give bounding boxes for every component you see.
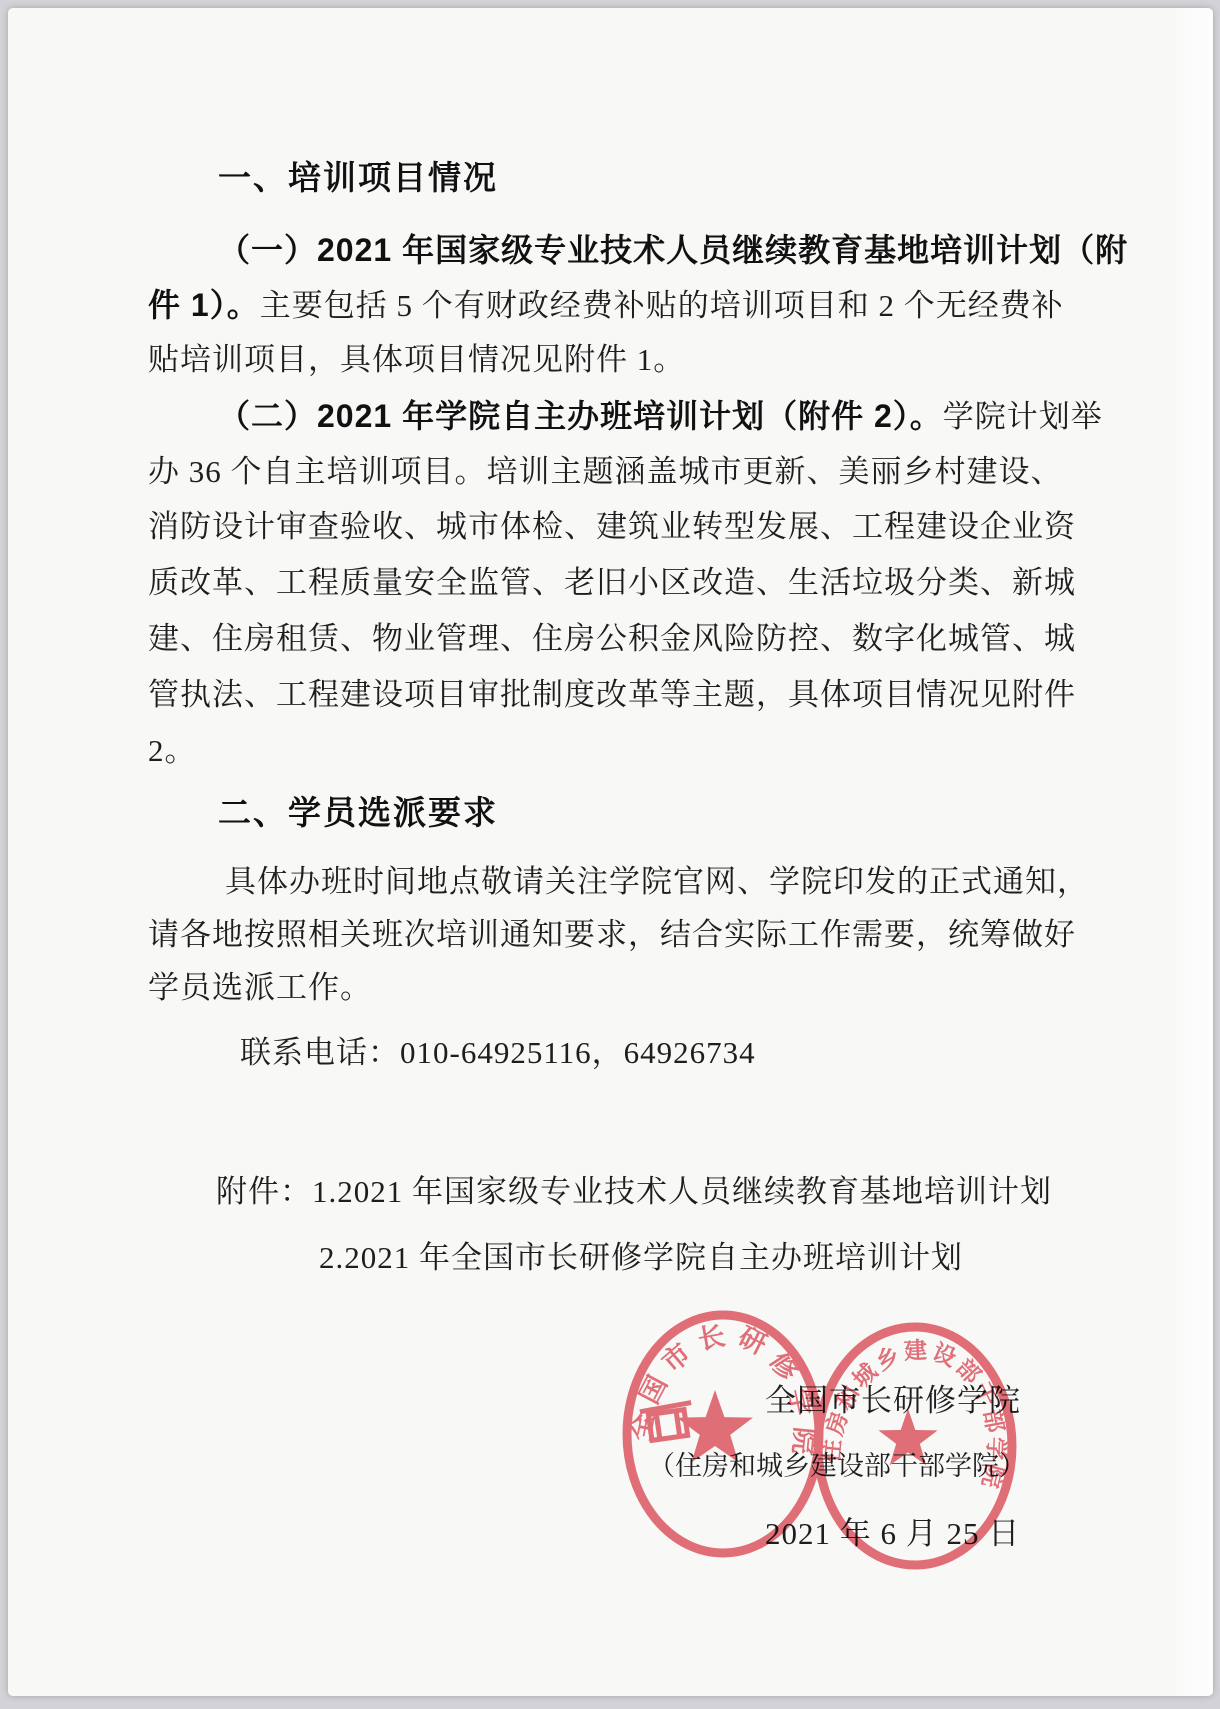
para3-line3: 学员选派工作。 [148,969,372,1006]
para3-line2: 请各地按照相关班次培训通知要求，结合实际工作需要，统筹做好 [148,916,1076,953]
scanned-document-page: 一、培训项目情况 （一）2021 年国家级专业技术人员继续教育基地培训计划（附 … [0,0,1220,1709]
para1-line2: 件 1）。主要包括 5 个有财政经费补贴的培训项目和 2 个无经费补 [148,286,1064,324]
signature-date: 2021 年 6 月 25 日 [765,1515,1020,1552]
para2-line6: 管执法、工程建设项目审批制度改革等主题，具体项目情况见附件 [148,676,1076,713]
section2-heading: 二、学员选派要求 [218,793,498,833]
para2-line1-rest: 学院计划举 [943,399,1103,434]
attachment-line-2: 2.2021 年全国市长研修学院自主办班培训计划 [319,1239,963,1276]
attachment-line-1: 附件：1.2021 年国家级专业技术人员继续教育基地培训计划 [216,1173,1052,1210]
para1-line2-rest: 主要包括 5 个有财政经费补贴的培训项目和 2 个无经费补 [260,288,1064,323]
contact-phone-line: 联系电话：010-64925116，64926734 [240,1034,756,1071]
para2-line4: 质改革、工程质量安全监管、老旧小区改造、生活垃圾分类、新城 [148,564,1076,601]
para1-line1: （一）2021 年国家级专业技术人员继续教育基地培训计划（附 [218,231,1128,269]
para3-line1: 具体办班时间地点敬请关注学院官网、学院印发的正式通知， [225,863,1089,900]
para1-line3: 贴培训项目，具体项目情况见附件 1。 [148,341,685,378]
para2-line5: 建、住房租赁、物业管理、住房公积金风险防控、数字化城管、城 [148,620,1076,657]
para1-line2-bold: 件 1）。 [148,287,260,323]
para2-line2: 办 36 个自主培训项目。培训主题涵盖城市更新、美丽乡村建设、 [148,453,1063,490]
para2-line3: 消防设计审查验收、城市体检、建筑业转型发展、工程建设企业资 [148,508,1076,545]
signature-org: 全国市长研修学院 [765,1382,1021,1419]
section1-heading: 一、培训项目情况 [218,158,498,198]
para2-line7: 2。 [148,732,197,769]
para2-line1-bold: （二）2021 年学院自主办班培训计划（附件 2）。 [218,398,943,434]
signature-org-paren: （住房和城乡建设部干部学院） [648,1450,1026,1482]
para2-line1: （二）2021 年学院自主办班培训计划（附件 2）。学院计划举 [218,397,1103,435]
